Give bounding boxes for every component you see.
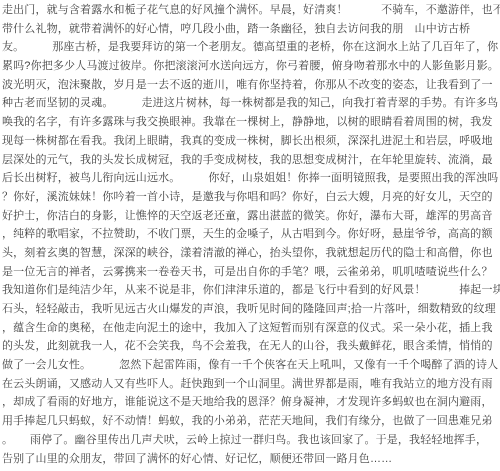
text-line: 头，刻着玄奥的智慧，深深的峡谷，漾着清澈的禅心，抬头望你，我就想起历代的隐士和高… [2, 244, 500, 263]
text-line: 好护士，你洁白的身影，让憔悴的天空返老还童，露出湛蓝的微笑。你好，瀑布大哥，雄浑… [2, 207, 500, 226]
text-line: 告别了山里的众朋友，带回了满怀的好心情、好记忆，顺便还带回一路月色…… [2, 450, 500, 469]
text-line: 友。 那座古桥，是我要拜访的第一个老朋友。德高望重的老桥，你在这涧水上站了几百年… [2, 38, 500, 57]
text-line: 。 雨停了。幽谷里传出几声犬吠，云岭上掠过一群归鸟。我也该回家了。于是，我轻轻地… [2, 431, 500, 450]
text-line: 走出门，就与含着露水和栀子花气息的好风撞个满怀。早晨，好清爽！ 不骑车，不邀游伴… [2, 1, 500, 20]
text-line: ，蕴含生命的奥秘，在他走向泥土的途中，我加入了这短暂而别有深意的仪式。采一朵小花… [2, 319, 500, 338]
text-line: 现每一株树都在看我。我闭上眼睛，我真的变成一株树，脚长出根须，深深扎进泥土和岩层… [2, 132, 500, 151]
text-line: 唤我的名字，有许多露珠与我交换眼神。我靠在一棵树上，静静地，以树的眼睛看着周围的… [2, 113, 500, 132]
text-line: 后长出树籽，被鸟儿衔向远山远水。 你好，山泉姐姐！你捧一面明镜照我，是要照出我的… [2, 169, 500, 188]
text-line: 是一位无言的禅者，云雾携来一卷卷天书，可是出自你的手笔？喂，云雀弟弟，叽叽喳喳说… [2, 263, 500, 282]
text-line: 的头发，此刻就我一人，花不会笑我，鸟不会羞我，在无人的山谷，我头戴鲜花，眼含柔情… [2, 337, 500, 356]
text-line: 我知道你们是纯洁少年，从来不说是非，你们津津乐道的，都是飞行中看到的好风景！ 捧… [2, 281, 500, 300]
document-page: 走出门，就与含着露水和栀子花气息的好风撞个满怀。早晨，好清爽！ 不骑车，不邀游伴… [0, 0, 500, 471]
text-line: 带什么礼物，就带着满怀的好心情，哼几段小曲，踏一条幽径，独自去访问我的朋 山中访… [2, 20, 500, 39]
text-line: ？你好，溪流妹妹！你吟着一首小诗，是邀我与你唱和吗？你好，白云大嫂，月亮的好女儿… [2, 188, 500, 207]
text-line: 层深处的元气，我的头发长成树冠，我的手变成树枝，我的思想变成树汁，在年轮里旋转、… [2, 151, 500, 170]
text-line: ，却成了看雨的好地方，谁能说这不是天地给我的恩泽？俯身凝神，才发现许多蚂蚁也在洞… [2, 393, 500, 412]
text-line: 石头，轻轻敲击，我听见远古火山爆发的声浪，我听见时间的隆隆回声;拾一片落叶，细数… [2, 300, 500, 319]
text-line: 种古老而坚韧的灵魂。 走进这片树林，每一株树都是我的知己，向我打着青翠的手势。有… [2, 94, 500, 113]
text-line: 累吗?你把多少人马渡过彼岸。你把滚滚河水送向远方，你弓着腰，俯身吻着那水中的人影… [2, 57, 500, 76]
text-line: ，纯粹的歌唱家，不拉赞助，不收门票，天生的金嗓子，从古唱到今。你好呀，悬崖爷爷，… [2, 225, 500, 244]
text-line: 用手捧起几只蚂蚁，好不动情！蚂蚁，我的小弟弟，茫茫天地间，我们有缘分，也做了一回… [2, 412, 500, 431]
text-line: 波光明灭，泡沫聚散，岁月是一去不返的逝川，唯有你坚持着，你那从不改变的姿态，让我… [2, 76, 500, 95]
text-line: 做了一会儿女性。 忽然下起雷阵雨，像有一千个侠客在天上吼叫，又像有一千个喝醉了酒… [2, 356, 500, 375]
text-line: 在云头朗诵，又感动人又有些吓人。赶快跑到一个山洞里。满世界都是雨，唯有我站立的地… [2, 375, 500, 394]
